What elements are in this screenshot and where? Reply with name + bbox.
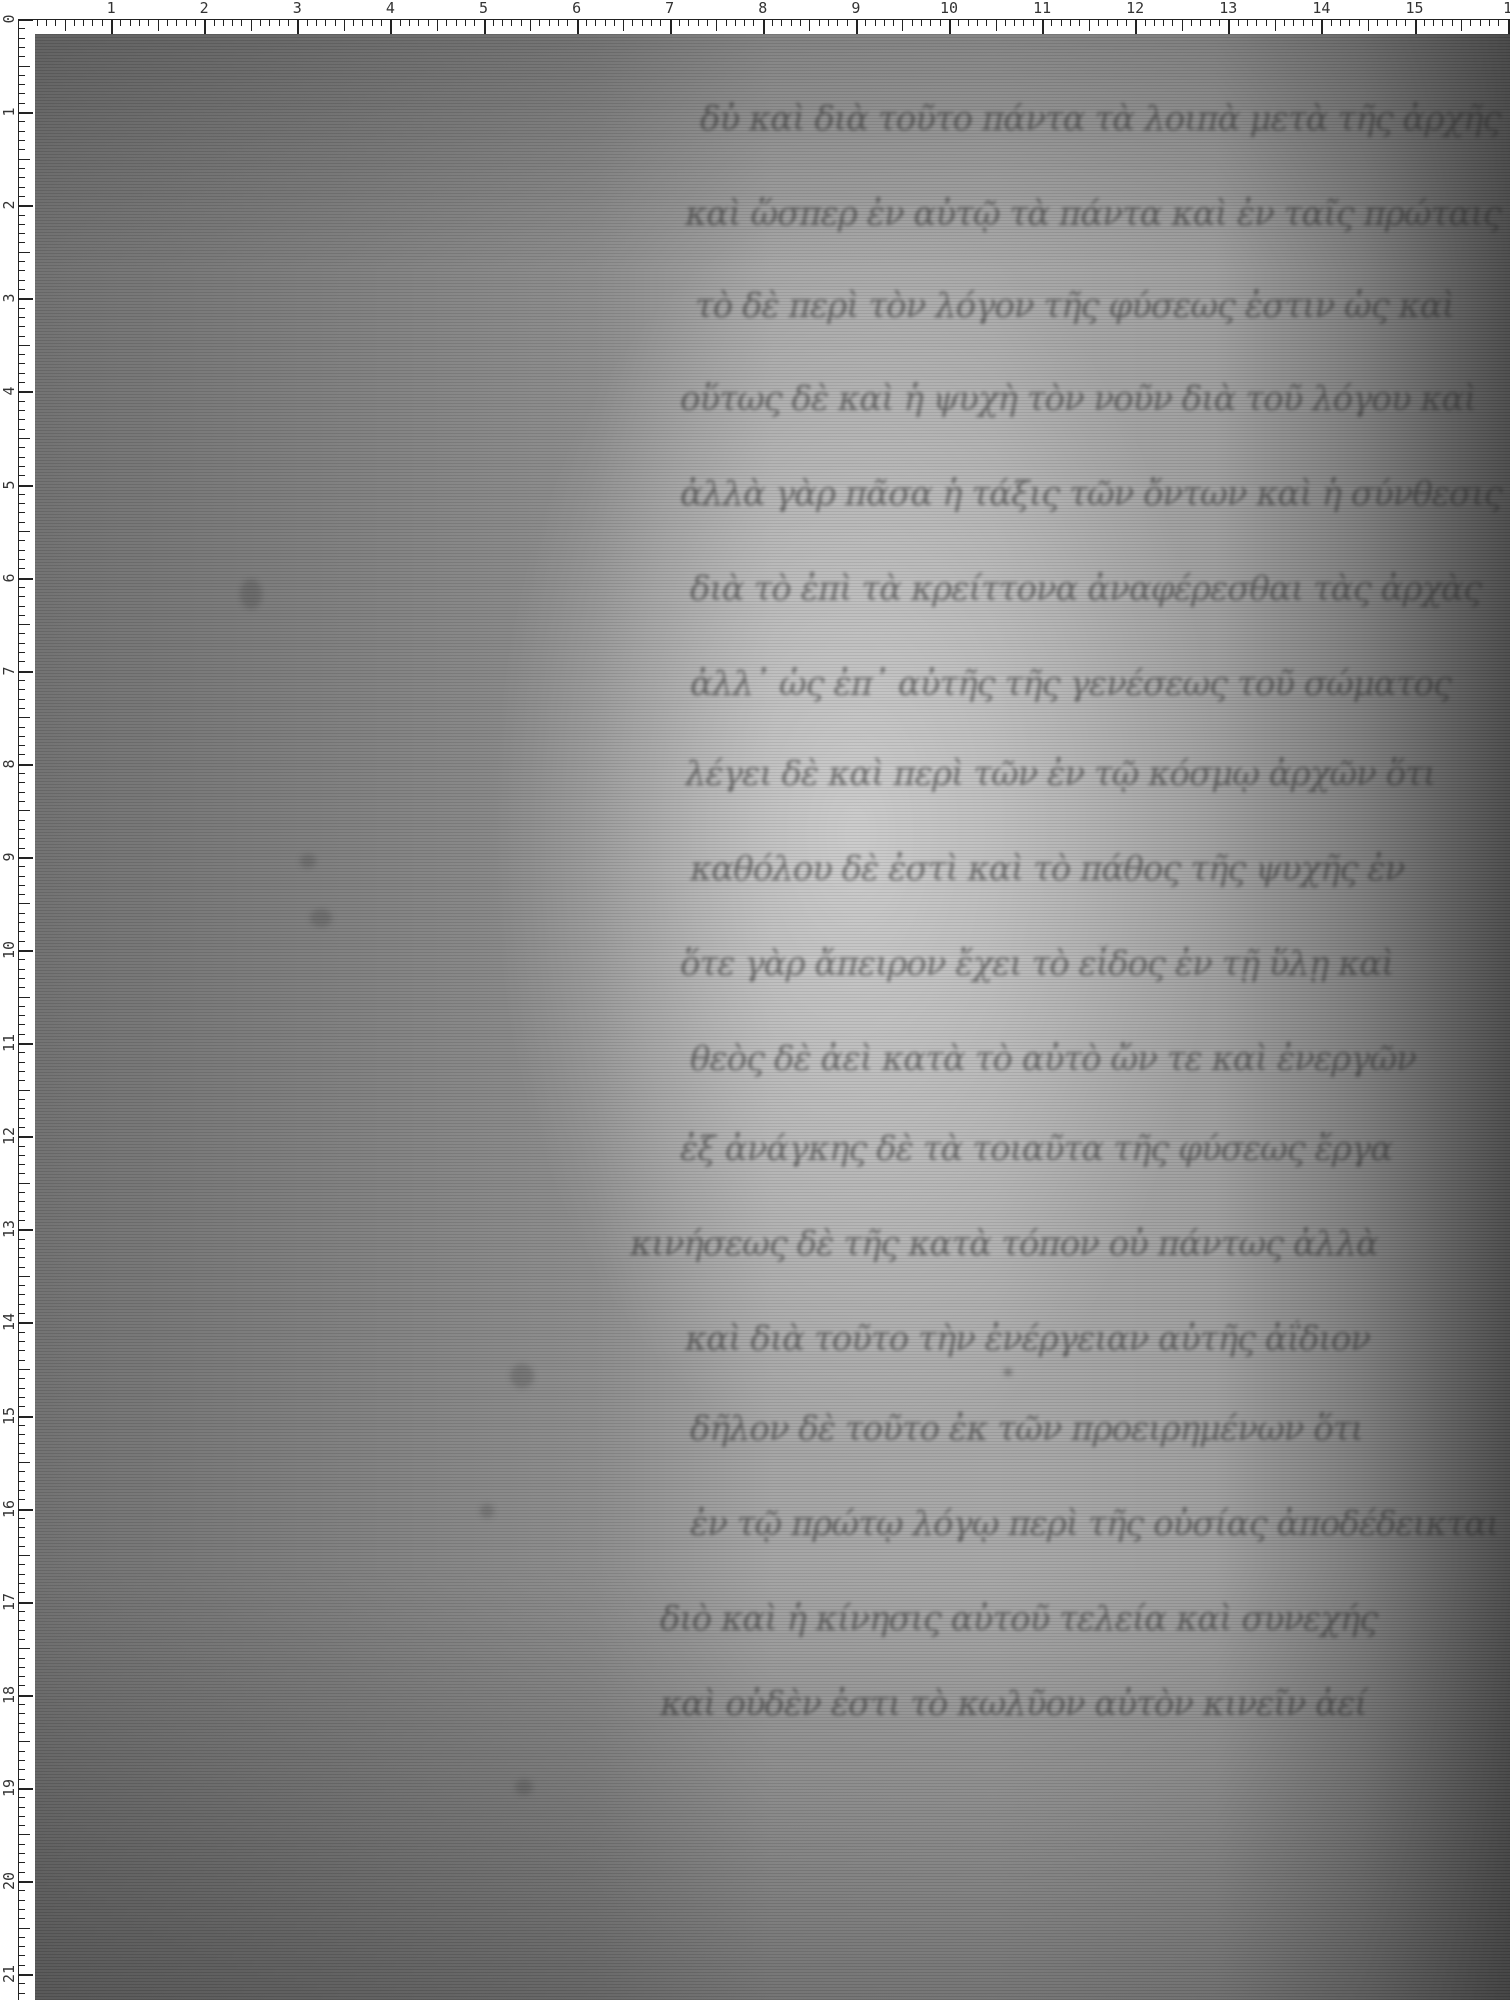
ruler-tick — [18, 485, 33, 487]
ruler-tick — [1470, 19, 1471, 26]
ruler-left-label: 15 — [1, 1407, 17, 1425]
ruler-tick — [18, 1695, 33, 1697]
ruler-tick — [18, 1853, 25, 1854]
ruler-tick — [1284, 19, 1285, 26]
ruler-tick — [18, 159, 30, 160]
ruler-left-axis — [18, 19, 19, 2000]
ruler-tick — [1293, 19, 1294, 26]
stain-mark — [510, 1364, 534, 1388]
manuscript-line: ἐν τῷ πρώτῳ λόγῳ περὶ τῆς οὐσίας ἀποδέδε… — [690, 1505, 1510, 1543]
ruler-tick — [446, 19, 447, 26]
ruler-tick — [18, 1769, 25, 1770]
ruler-tick — [18, 1909, 25, 1910]
ruler-tick — [1396, 19, 1397, 26]
stain-mark — [1005, 1369, 1011, 1375]
ruler-tick — [18, 280, 25, 281]
ruler-tick — [18, 1527, 25, 1528]
ruler-tick — [18, 1807, 25, 1808]
ruler-left-label: 4 — [1, 382, 17, 400]
ruler-left-label: 8 — [1, 755, 17, 773]
ruler-tick — [297, 19, 299, 34]
ruler-tick — [18, 1434, 25, 1435]
ruler-tick — [18, 1546, 25, 1547]
ruler-tick — [18, 820, 25, 821]
ruler-tick — [18, 959, 25, 960]
ruler-top-label: 1 — [1503, 0, 1510, 16]
manuscript-line-text: καὶ ὥσπερ ἐν αὐτῷ τὰ πάντα καὶ ἐν ταῖς π… — [685, 195, 1510, 233]
ruler-tick — [74, 19, 75, 26]
ruler-tick — [18, 112, 33, 114]
ruler-tick — [18, 1658, 25, 1659]
ruler-tick — [325, 19, 326, 26]
ruler-tick — [148, 19, 149, 26]
ruler-tick — [753, 19, 754, 26]
ruler-tick — [1256, 19, 1257, 26]
ruler-tick — [1489, 19, 1490, 26]
ruler-tick — [18, 419, 25, 420]
ruler-tick — [18, 792, 25, 793]
ruler-tick — [186, 19, 187, 26]
ruler-tick — [18, 1834, 30, 1835]
ruler-tick — [18, 978, 25, 979]
ruler-tick — [18, 38, 25, 39]
ruler-tick — [18, 1062, 25, 1063]
ruler-tick — [18, 1276, 30, 1277]
manuscript-line-text: ἐν τῷ πρώτῳ λόγῳ περὶ τῆς οὐσίας ἀποδέδε… — [690, 1505, 1510, 1543]
ruler-tick — [18, 987, 25, 988]
ruler-tick — [18, 745, 25, 746]
manuscript-line-text: τὸ δὲ περὶ τὸν λόγον τῆς φύσεως ἐστιν ὡς… — [695, 287, 1510, 325]
ruler-tick — [18, 866, 25, 867]
ruler-tick — [809, 19, 810, 31]
ruler-tick — [18, 1239, 25, 1240]
ruler-tick — [223, 19, 224, 26]
ruler-tick — [18, 764, 33, 766]
ruler-tick — [18, 429, 25, 430]
ruler-top-label: 1 — [107, 0, 116, 16]
ruler-tick — [18, 56, 25, 57]
ruler-top-label: 6 — [572, 0, 581, 16]
ruler-tick — [567, 19, 568, 26]
ruler-tick — [772, 19, 773, 26]
ruler-tick — [18, 1034, 25, 1035]
manuscript-line: ἀλλὰ γὰρ πᾶσα ἡ τάξις τῶν ὄντων καὶ ἡ σύ… — [680, 475, 1510, 513]
ruler-tick — [18, 1881, 33, 1883]
manuscript-line-text: λέγει δὲ καὶ περὶ τῶν ἐν τῷ κόσμῳ ἀρχῶν … — [685, 755, 1510, 793]
ruler-left-label: 11 — [1, 1034, 17, 1052]
ruler-tick — [18, 1974, 33, 1976]
ruler-tick — [279, 19, 280, 26]
ruler-tick — [1210, 19, 1211, 26]
ruler-tick — [18, 261, 25, 262]
ruler-tick — [18, 196, 25, 197]
ruler-tick — [204, 19, 206, 34]
ruler-tick — [18, 103, 25, 104]
ruler-tick — [511, 19, 512, 26]
stain-mark — [310, 909, 332, 927]
ruler-tick — [791, 19, 792, 26]
ruler-tick — [18, 1862, 25, 1863]
ruler-tick — [18, 1127, 25, 1128]
ruler-tick — [18, 522, 25, 523]
ruler-top-label: 15 — [1405, 0, 1423, 16]
ruler-left-label: 16 — [1, 1500, 17, 1518]
ruler-tick — [18, 1322, 33, 1324]
ruler-tick — [1340, 19, 1341, 26]
ruler-tick — [930, 19, 931, 26]
ruler-tick — [18, 1071, 25, 1072]
manuscript-line: ὅτε γὰρ ἄπειρον ἔχει τὸ εἶδος ἐν τῇ ὕλῃ … — [680, 945, 1510, 983]
ruler-tick — [744, 19, 745, 26]
ruler-left-label: 2 — [1, 196, 17, 214]
ruler-tick — [18, 1015, 25, 1016]
ruler-tick — [1442, 19, 1443, 26]
ruler-tick — [176, 19, 177, 26]
ruler-tick — [18, 382, 25, 383]
manuscript-line-text: ἀλλ᾽ ὡς ἐπ᾽ αὐτῆς τῆς γενέσεως τοῦ σώματ… — [690, 665, 1510, 703]
ruler-tick — [18, 1592, 25, 1593]
ruler-tick — [18, 177, 25, 178]
ruler-tick — [18, 317, 25, 318]
ruler-tick — [18, 1471, 25, 1472]
ruler-tick — [18, 1267, 25, 1268]
ruler-tick — [577, 19, 579, 34]
ruler-tick — [18, 1676, 25, 1677]
ruler-tick — [18, 1229, 33, 1231]
ruler-tick — [1079, 19, 1080, 26]
ruler-left-label: 20 — [1, 1872, 17, 1890]
ruler-tick — [1135, 19, 1137, 34]
ruler-tick — [800, 19, 801, 26]
ruler-tick — [1461, 19, 1462, 31]
ruler-tick — [18, 838, 25, 839]
ruler-tick — [707, 19, 708, 26]
ruler-tick — [18, 1313, 25, 1314]
ruler-tick — [1387, 19, 1388, 26]
ruler-tick — [18, 1090, 30, 1091]
ruler-tick — [679, 19, 680, 26]
ruler-tick — [372, 19, 373, 26]
ruler-tick — [102, 19, 103, 26]
ruler-top-label: 7 — [665, 0, 674, 16]
ruler-tick — [18, 1304, 25, 1305]
ruler-top-label: 3 — [293, 0, 302, 16]
ruler-tick — [18, 1192, 25, 1193]
ruler-tick — [18, 782, 25, 783]
ruler-tick — [1163, 19, 1164, 26]
ruler-tick — [18, 559, 25, 560]
ruler-top-label: 11 — [1033, 0, 1051, 16]
ruler-tick — [18, 540, 25, 541]
ruler-tick — [18, 1080, 25, 1081]
ruler-tick — [18, 308, 25, 309]
ruler-tick — [18, 1220, 25, 1221]
ruler-left-label: 5 — [1, 476, 17, 494]
ruler-tick — [1415, 19, 1417, 34]
ruler-tick — [1498, 19, 1499, 26]
ruler-left-label: 3 — [1, 289, 17, 307]
ruler-tick — [18, 1844, 25, 1845]
ruler-tick — [856, 19, 858, 34]
ruler-tick — [18, 1751, 25, 1752]
ruler-tick — [1424, 19, 1425, 26]
ruler-tick — [18, 1583, 25, 1584]
ruler-top-label: 9 — [851, 0, 860, 16]
ruler-tick — [465, 19, 466, 26]
ruler-tick — [18, 1257, 25, 1258]
ruler-top-label: 10 — [940, 0, 958, 16]
ruler-tick — [428, 19, 429, 26]
ruler-top-label: 5 — [479, 0, 488, 16]
ruler-tick — [18, 587, 25, 588]
ruler-tick — [18, 298, 33, 300]
ruler-tick — [18, 1648, 30, 1649]
ruler-tick — [1200, 19, 1201, 26]
ruler-tick — [18, 1537, 25, 1538]
ruler-tick — [18, 1099, 25, 1100]
ruler-tick — [18, 717, 30, 718]
ruler-tick — [18, 252, 30, 253]
ruler-tick — [18, 1183, 30, 1184]
ruler-tick — [18, 1024, 25, 1025]
ruler-tick — [18, 47, 25, 48]
ruler-tick — [241, 19, 242, 26]
ruler-tick — [335, 19, 336, 26]
ruler-tick — [18, 848, 25, 849]
ruler-tick — [1228, 19, 1230, 34]
ruler-tick — [614, 19, 615, 26]
ruler-tick — [18, 1639, 25, 1640]
ruler-tick — [18, 242, 25, 243]
ruler-tick — [18, 689, 25, 690]
ruler-tick — [1172, 19, 1173, 26]
ruler-tick — [828, 19, 829, 26]
ruler-tick — [18, 1248, 25, 1249]
ruler-tick — [139, 19, 140, 26]
ruler-tick — [18, 1946, 25, 1947]
ruler-tick — [18, 1416, 33, 1418]
ruler-tick — [781, 19, 782, 26]
ruler-tick — [18, 1118, 25, 1119]
ruler-tick — [158, 19, 159, 31]
ruler-tick — [400, 19, 401, 26]
manuscript-line: ἀλλ᾽ ὡς ἐπ᾽ αὐτῆς τῆς γενέσεως τοῦ σώματ… — [690, 665, 1510, 703]
ruler-tick — [1321, 19, 1323, 34]
ruler-tick — [18, 363, 25, 364]
ruler-tick — [18, 84, 25, 85]
ruler-tick — [1349, 19, 1350, 26]
manuscript-line: καθόλου δὲ ἐστὶ καὶ τὸ πάθος τῆς ψυχῆς ἐ… — [690, 850, 1510, 888]
ruler-tick — [18, 1481, 25, 1482]
ruler-tick — [18, 680, 25, 681]
ruler-tick — [586, 19, 587, 26]
ruler-tick — [18, 1723, 25, 1724]
ruler-tick — [18, 1397, 25, 1398]
ruler-top-label: 12 — [1126, 0, 1144, 16]
ruler-tick — [18, 615, 25, 616]
ruler-tick — [539, 19, 540, 26]
ruler-tick — [381, 19, 382, 26]
ruler-tick — [1126, 19, 1127, 26]
ruler-tick — [18, 149, 25, 150]
ruler-tick — [18, 913, 25, 914]
ruler-tick — [18, 1555, 30, 1556]
ruler-tick — [18, 1797, 25, 1798]
ruler-tick — [18, 1760, 25, 1761]
ruler-tick — [595, 19, 596, 26]
ruler-tick — [18, 894, 25, 895]
ruler-tick — [18, 1788, 33, 1790]
ruler-top-label: 2 — [200, 0, 209, 16]
ruler-tick — [875, 19, 876, 26]
ruler-tick — [18, 1509, 33, 1511]
ruler-tick — [18, 410, 25, 411]
ruler-tick — [18, 699, 25, 700]
ruler-tick — [18, 438, 30, 439]
ruler-tick — [1154, 19, 1155, 26]
ruler-tick — [18, 857, 33, 859]
manuscript-line: θεὸς δὲ ἀεὶ κατὰ τὸ αὐτὸ ὤν τε καὶ ἐνεργ… — [690, 1040, 1510, 1078]
ruler-tick — [18, 391, 33, 393]
ruler-left-label: 17 — [1, 1593, 17, 1611]
ruler-tick — [18, 1443, 25, 1444]
ruler-tick — [18, 1928, 30, 1929]
ruler-tick — [18, 401, 25, 402]
manuscript-line: δῆλον δὲ τοῦτο ἐκ τῶν προειρημένων ὅτι — [690, 1410, 1510, 1448]
ruler-tick — [18, 1890, 25, 1891]
manuscript-line-text: ἀλλὰ γὰρ πᾶσα ἡ τάξις τῶν ὄντων καὶ ἡ σύ… — [680, 475, 1510, 513]
ruler-tick — [1219, 19, 1220, 26]
manuscript-line: ἐξ ἀνάγκης δὲ τὰ τοιαῦτα τῆς φύσεως ἔργα — [680, 1130, 1510, 1168]
ruler-tick — [18, 1667, 25, 1668]
ruler-tick — [18, 224, 25, 225]
manuscript-line-text: διὰ τὸ ἐπὶ τὰ κρείττονα ἀναφέρεσθαι τὰς … — [690, 570, 1510, 608]
manuscript-line-text: οὕτως δὲ καὶ ἡ ψυχὴ τὸν νοῦν διὰ τοῦ λόγ… — [680, 380, 1510, 418]
ruler-tick — [18, 494, 25, 495]
ruler-tick — [1070, 19, 1071, 26]
ruler-tick — [18, 1341, 25, 1342]
ruler-tick — [18, 568, 25, 569]
manuscript-line: λέγει δὲ καὶ περὶ τῶν ἐν τῷ κόσμῳ ἀρχῶν … — [685, 755, 1510, 793]
ruler-tick — [18, 652, 25, 653]
stain-mark — [480, 1504, 494, 1518]
ruler-tick — [1182, 19, 1183, 31]
ruler-tick — [1275, 19, 1276, 31]
manuscript-line-text: διὸ καὶ ἡ κίνησις αὐτοῦ τελεία καὶ συνεχ… — [660, 1600, 1510, 1638]
ruler-tick — [1238, 19, 1239, 26]
ruler-tick — [18, 1369, 30, 1370]
ruler-tick — [632, 19, 633, 26]
ruler-tick — [18, 1453, 25, 1454]
ruler-tick — [18, 1425, 25, 1426]
ruler-left-label: 1 — [1, 103, 17, 121]
ruler-tick — [437, 19, 438, 31]
ruler-tick — [18, 1462, 30, 1463]
ruler-tick — [18, 773, 25, 774]
ruler-tick — [18, 1574, 25, 1575]
ruler-tick — [1508, 19, 1510, 34]
ruler-tick — [1051, 19, 1052, 26]
ruler-tick — [902, 19, 903, 31]
ruler-tick — [1014, 19, 1015, 26]
manuscript-line: οὕτως δὲ καὶ ἡ ψυχὴ τὸν νοῦν διὰ τοῦ λόγ… — [680, 380, 1510, 418]
ruler-tick — [716, 19, 717, 31]
ruler-tick — [344, 19, 345, 31]
ruler-tick — [18, 1602, 33, 1604]
ruler-tick — [921, 19, 922, 26]
ruler-tick — [18, 931, 25, 932]
ruler-left-label: 0 — [1, 10, 17, 28]
ruler-tick — [18, 466, 25, 467]
ruler-tick — [18, 1825, 25, 1826]
ruler-tick — [18, 596, 25, 597]
ruler-tick — [18, 1006, 25, 1007]
manuscript-line-text: καὶ διὰ τοῦτο τὴν ἐνέργειαν αὐτῆς ἀΐδιον — [685, 1320, 1510, 1358]
ruler-left-label: 9 — [1, 848, 17, 866]
ruler-tick — [18, 1146, 25, 1147]
ruler-tick — [18, 950, 33, 952]
ruler-tick — [493, 19, 494, 26]
ruler-tick — [1331, 19, 1332, 26]
ruler-tick — [18, 671, 33, 673]
ruler-tick — [698, 19, 699, 26]
ruler-tick — [456, 19, 457, 26]
ruler-tick — [37, 19, 38, 26]
ruler-tick — [1098, 19, 1099, 26]
ruler-tick — [1266, 19, 1267, 26]
ruler-tick — [18, 131, 25, 132]
ruler-tick — [18, 1360, 25, 1361]
ruler-tick — [18, 1294, 25, 1295]
ruler-tick — [18, 643, 25, 644]
manuscript-line-text: δῆλον δὲ τοῦτο ἐκ τῶν προειρημένων ὅτι — [690, 1410, 1510, 1448]
ruler-top-label: 14 — [1312, 0, 1330, 16]
manuscript-line: διὰ τὸ ἐπὶ τὰ κρείττονα ἀναφέρεσθαι τὰς … — [690, 570, 1510, 608]
ruler-tick — [18, 289, 25, 290]
ruler-tick — [18, 140, 25, 141]
ruler-left-label: 6 — [1, 569, 17, 587]
ruler-tick — [18, 326, 25, 327]
ruler-tick — [968, 19, 969, 26]
ruler-tick — [18, 270, 25, 271]
ruler-tick — [726, 19, 727, 26]
ruler-tick — [18, 1155, 25, 1156]
ruler-tick — [18, 345, 30, 346]
ruler-top: 01234567891011121314151 — [0, 0, 1510, 34]
ruler-tick — [1433, 19, 1434, 26]
ruler-tick — [18, 168, 25, 169]
ruler-tick — [18, 1872, 25, 1873]
ruler-tick — [167, 19, 168, 26]
manuscript-line-text: ἐξ ἀνάγκης δὲ τὰ τοιαῦτα τῆς φύσεως ἔργα — [680, 1130, 1510, 1168]
ruler-tick — [130, 19, 131, 26]
ruler-tick — [651, 19, 652, 26]
ruler-tick — [986, 19, 987, 26]
ruler-tick — [1191, 19, 1192, 26]
ruler-tick — [18, 1713, 25, 1714]
ruler-tick — [1247, 19, 1248, 26]
ruler-tick — [1405, 19, 1406, 26]
ruler-tick — [18, 1900, 25, 1901]
ruler-tick — [18, 531, 30, 532]
ruler-tick — [18, 475, 25, 476]
ruler-tick — [18, 1211, 25, 1212]
ruler-tick — [18, 1285, 25, 1286]
ruler-tick — [18, 997, 30, 998]
ruler-tick — [269, 19, 270, 26]
ruler-tick — [390, 19, 392, 34]
ruler-tick — [1107, 19, 1108, 26]
